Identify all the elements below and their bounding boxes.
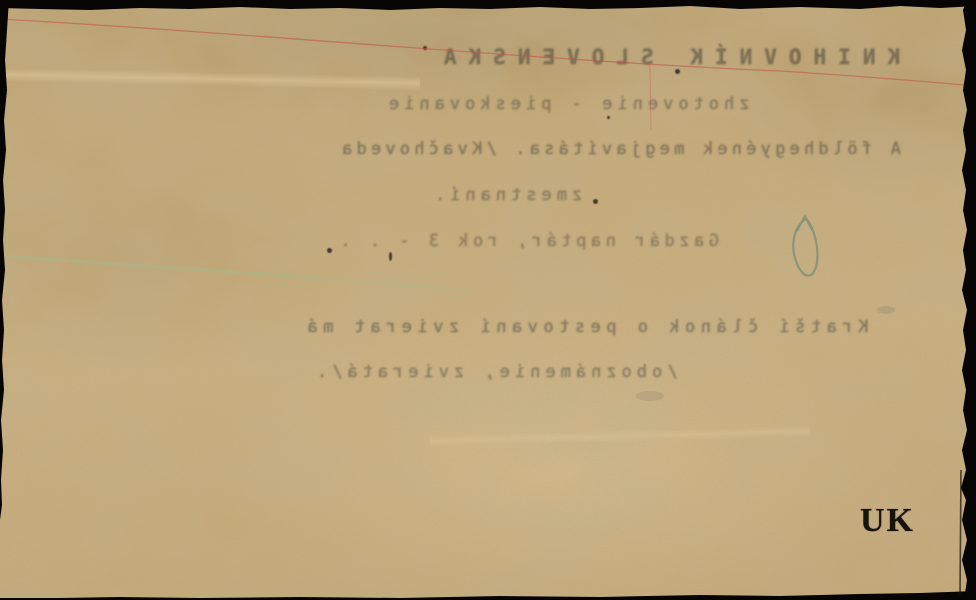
scanned-card: KNIHOVNÍK SLOVENSKAzhotovenie - pieskova… <box>0 0 976 600</box>
scan-border-top <box>0 0 976 10</box>
right-edge-shadow-line <box>960 470 961 595</box>
uk-imprint: UK <box>860 502 915 540</box>
scan-border-right <box>961 0 976 600</box>
scan-border-left <box>0 0 9 520</box>
scan-border-bottom <box>0 591 976 600</box>
scan-borders <box>0 0 976 600</box>
